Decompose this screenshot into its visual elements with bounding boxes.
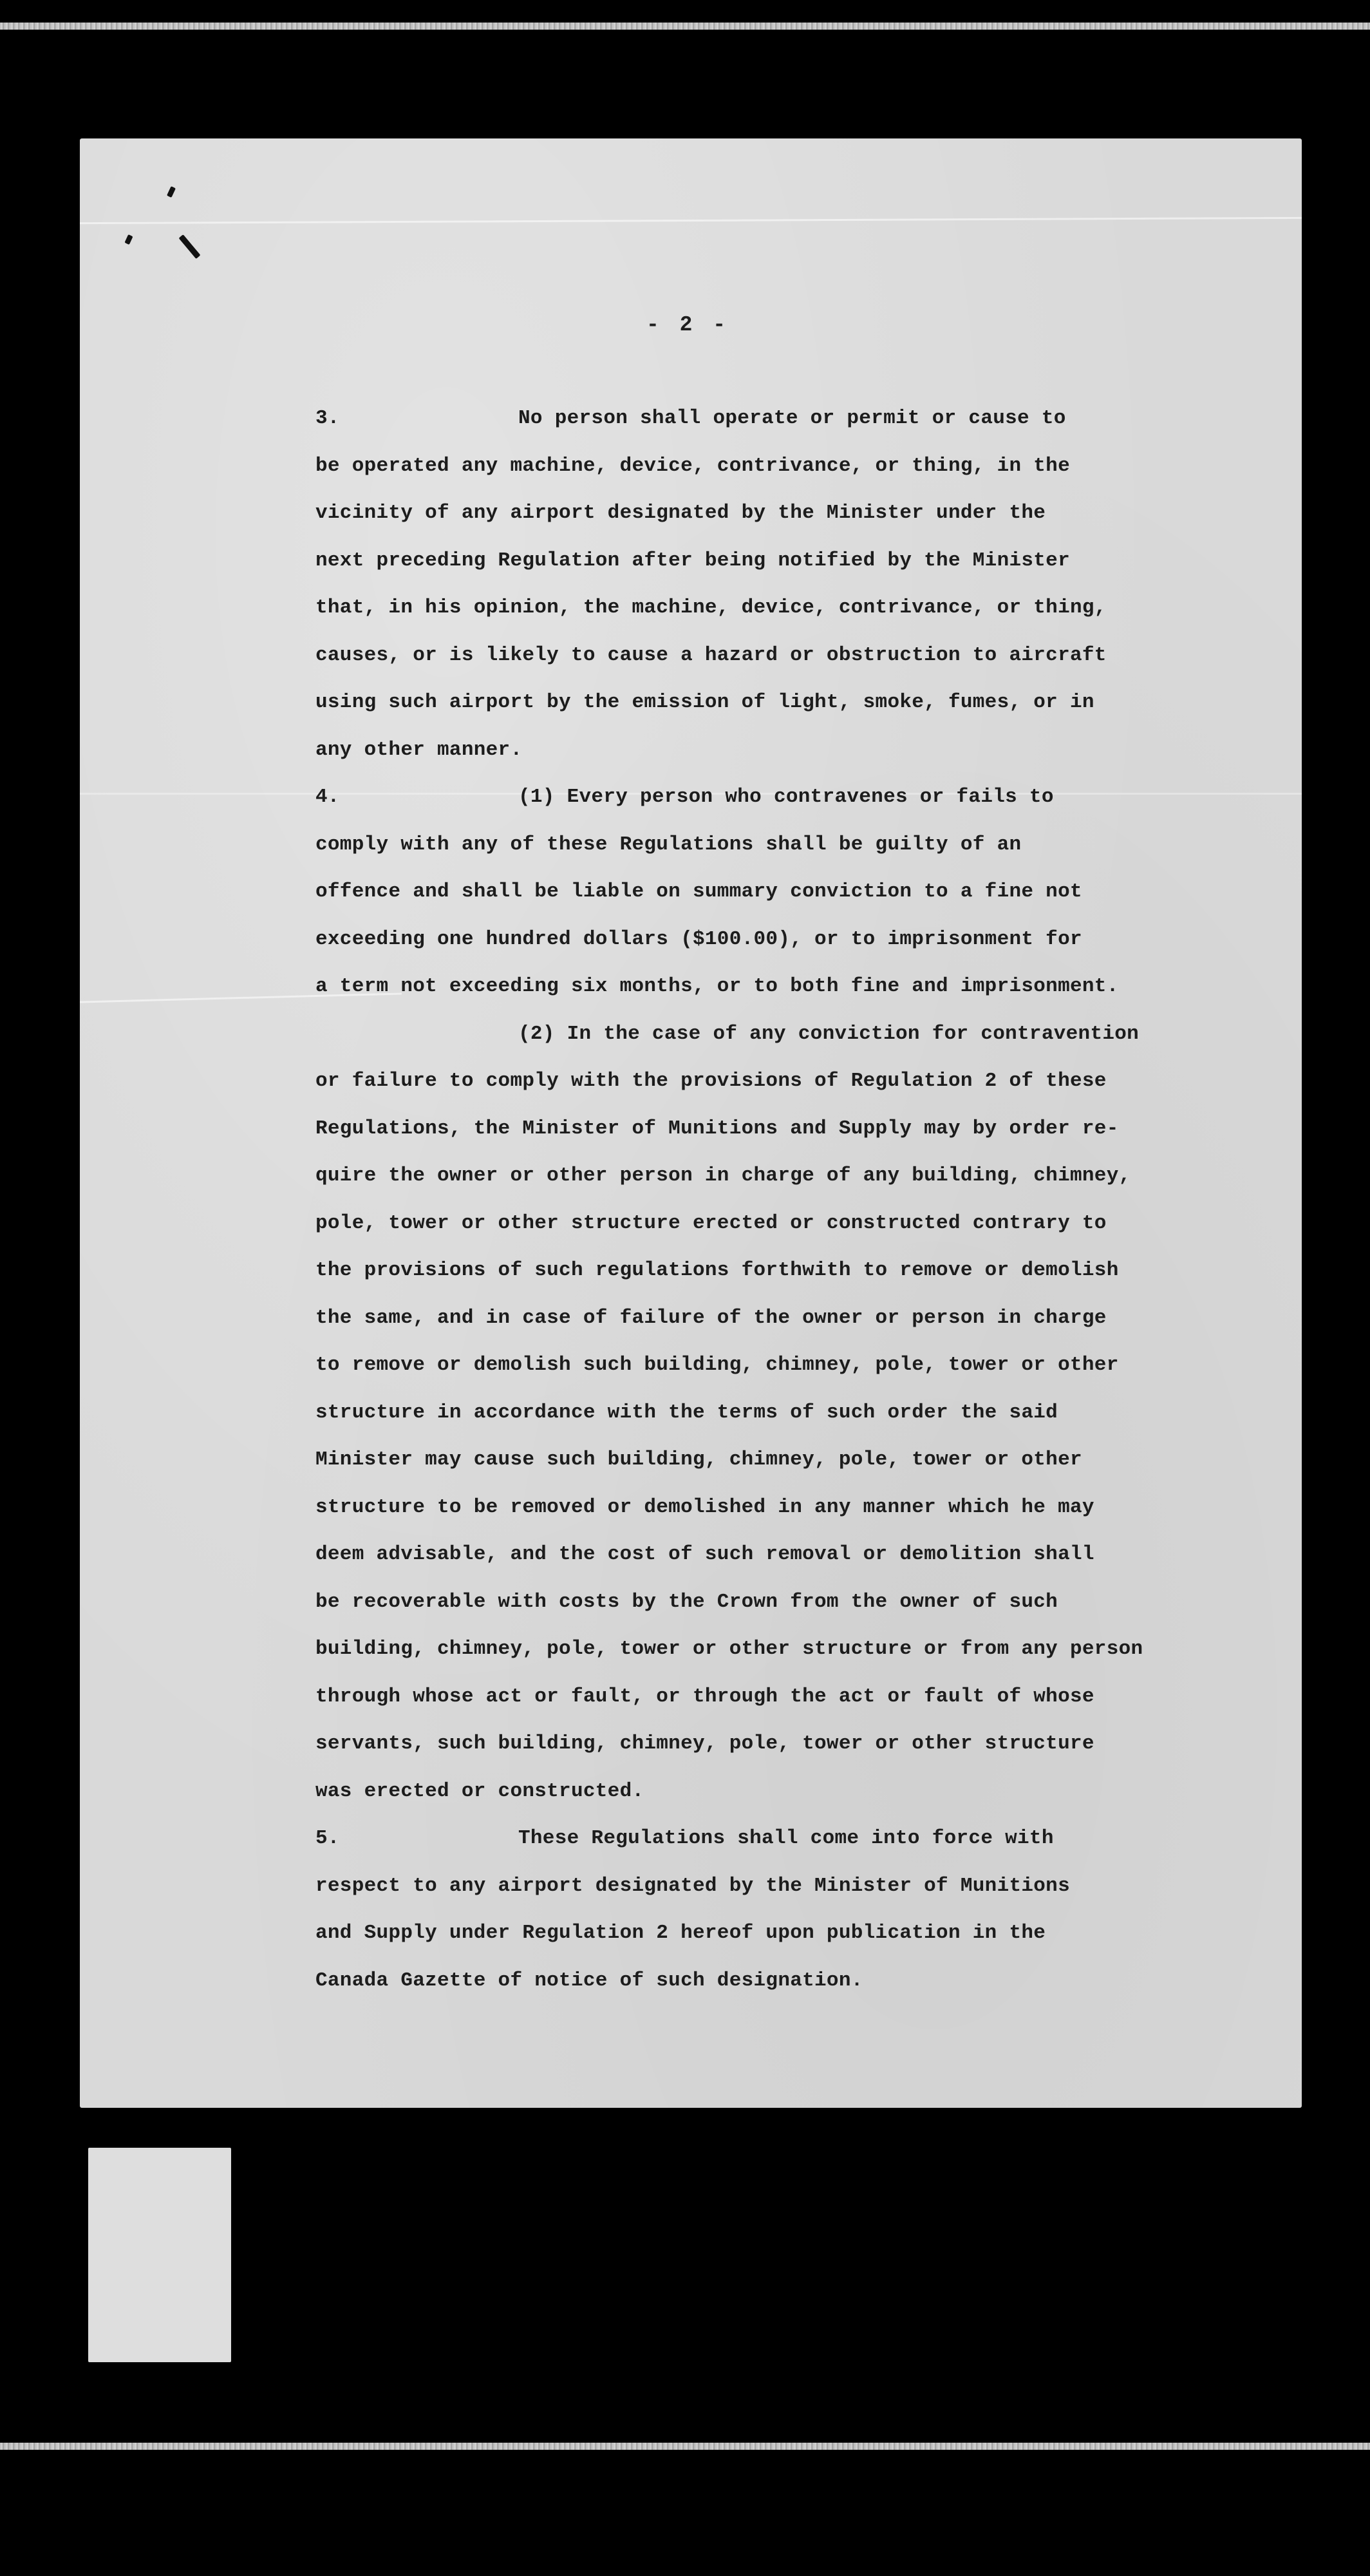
text-line: and Supply under Regulation 2 hereof upo… — [315, 1922, 1046, 1945]
blank-target-card — [88, 2148, 231, 2362]
text-line: deem advisable, and the cost of such rem… — [315, 1543, 1094, 1566]
text-line: servants, such building, chimney, pole, … — [315, 1732, 1094, 1756]
film-edge-top — [0, 23, 1370, 30]
text-line: (2) In the case of any conviction for co… — [518, 1023, 1139, 1046]
film-edge-bottom — [0, 2443, 1370, 2450]
text-line: using such airport by the emission of li… — [315, 691, 1094, 714]
paper-crease — [80, 217, 1302, 224]
text-line: that, in his opinion, the machine, devic… — [315, 596, 1107, 620]
staple-mark-icon — [179, 234, 201, 259]
text-line: These Regulations shall come into force … — [518, 1827, 1054, 1850]
text-line: (1) Every person who contravenes or fail… — [518, 786, 1054, 809]
staple-mark-icon — [167, 186, 176, 198]
section-number: 5. — [315, 1827, 339, 1850]
text-line: Canada Gazette of notice of such designa… — [315, 1969, 863, 1993]
text-line: comply with any of these Regulations sha… — [315, 833, 1021, 857]
text-line: structure in accordance with the terms o… — [315, 1401, 1058, 1425]
text-line: respect to any airport designated by the… — [315, 1875, 1070, 1898]
text-line: through whose act or fault, or through t… — [315, 1685, 1094, 1709]
section-number: 4. — [315, 786, 339, 809]
text-line: vicinity of any airport designated by th… — [315, 502, 1046, 525]
text-line: quire the owner or other person in charg… — [315, 1164, 1131, 1188]
page-number: - 2 - — [646, 313, 729, 337]
text-line: offence and shall be liable on summary c… — [315, 880, 1082, 904]
text-line: or failure to comply with the provisions… — [315, 1070, 1107, 1093]
text-line: causes, or is likely to cause a hazard o… — [315, 644, 1107, 667]
text-line: a term not exceeding six months, or to b… — [315, 975, 1119, 998]
staple-mark-icon — [124, 234, 133, 245]
text-line: building, chimney, pole, tower or other … — [315, 1638, 1143, 1661]
text-line: to remove or demolish such building, chi… — [315, 1354, 1119, 1377]
text-line: next preceding Regulation after being no… — [315, 549, 1070, 573]
text-line: Regulations, the Minister of Munitions a… — [315, 1117, 1119, 1141]
text-line: exceeding one hundred dollars ($100.00),… — [315, 928, 1082, 951]
text-line: be operated any machine, device, contriv… — [315, 455, 1070, 478]
section-number: 3. — [315, 407, 339, 430]
text-line: structure to be removed or demolished in… — [315, 1496, 1094, 1519]
text-line: any other manner. — [315, 739, 522, 762]
text-line: be recoverable with costs by the Crown f… — [315, 1591, 1058, 1614]
text-line: the provisions of such regulations forth… — [315, 1259, 1119, 1282]
text-line: was erected or constructed. — [315, 1780, 644, 1803]
text-line: No person shall operate or permit or cau… — [518, 407, 1066, 430]
text-line: Minister may cause such building, chimne… — [315, 1448, 1082, 1472]
text-line: the same, and in case of failure of the … — [315, 1307, 1107, 1330]
text-line: pole, tower or other structure erected o… — [315, 1212, 1107, 1235]
